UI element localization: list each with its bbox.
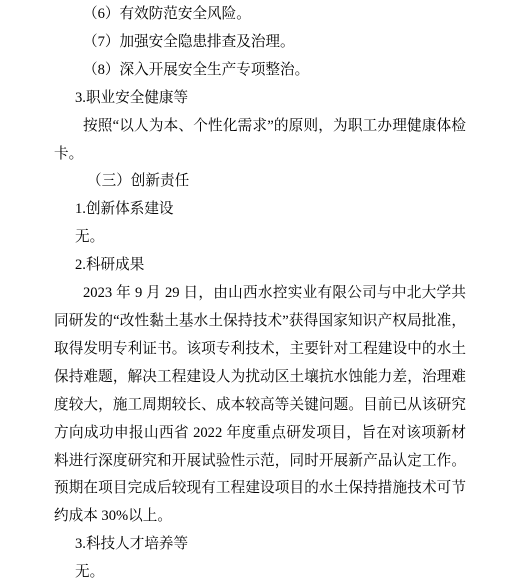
heading-innovation-duty: （三）创新责任 xyxy=(54,168,466,196)
paragraph-patent: 2023 年 9 月 29 日，由山西水控实业有限公司与中北大学共同研发的“改性… xyxy=(54,280,466,531)
list-item-8: （8）深入开展安全生产专项整治。 xyxy=(54,57,466,85)
paragraph-health-card: 按照“以人为本、个性化需求”的原则，为职工办理健康体检卡。 xyxy=(54,113,466,169)
list-item-6: （6）有效防范安全风险。 xyxy=(54,1,466,29)
document-page: （6）有效防范安全风险。 （7）加强安全隐患排查及治理。 （8）深入开展安全生产… xyxy=(0,0,523,587)
paragraph-none-1: 无。 xyxy=(54,224,466,252)
paragraph-none-2: 无。 xyxy=(54,559,466,587)
heading-occupational-health: 3.职业安全健康等 xyxy=(54,85,466,113)
heading-innovation-system: 1.创新体系建设 xyxy=(54,196,466,224)
list-item-7: （7）加强安全隐患排查及治理。 xyxy=(54,29,466,57)
heading-research-results: 2.科研成果 xyxy=(54,252,466,280)
heading-talent-training: 3.科技人才培养等 xyxy=(54,531,466,559)
